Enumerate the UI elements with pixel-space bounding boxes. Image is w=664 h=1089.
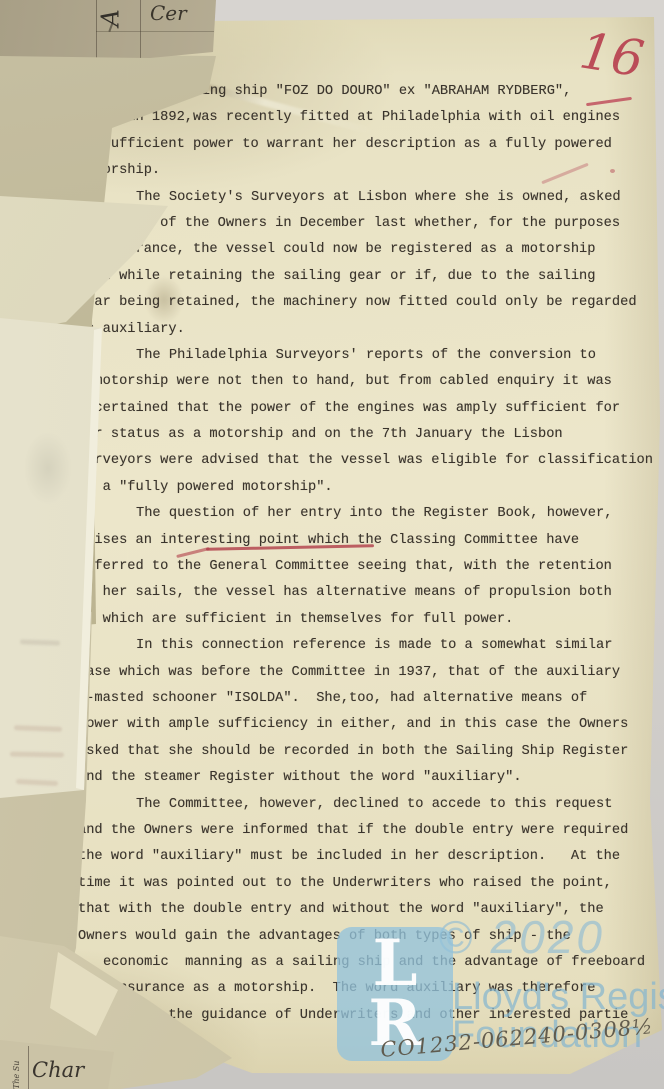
typed-line: of her sails, the vessel has alternative… (78, 580, 664, 606)
typed-line: and the Owners were informed that if the… (78, 818, 664, 844)
typed-line: and insurance as a motorship. The word a… (78, 976, 664, 1002)
printed-heading-fragment: Cer (150, 1, 187, 25)
typed-line: economic manning as a sailing ship and t… (78, 950, 664, 976)
typed-line: a motorship were not then to hand, but f… (78, 369, 664, 395)
form-rule-line (96, 31, 214, 32)
typed-text: The sailing ship "FOZ DO DOURO" ex "ABRA… (78, 79, 664, 1029)
typed-line: raises an interesting point which the Cl… (78, 528, 664, 554)
typed-line: In this connection reference is made to … (78, 633, 664, 659)
typed-line: Surveyors were advised that the vessel w… (78, 448, 664, 474)
typed-line: case which was before the Committee in 1… (78, 660, 664, 686)
typed-line: Owners would gain the advantages of both… (78, 924, 664, 950)
typed-line: asked that she should be recorded in bot… (78, 739, 664, 765)
typed-line: The Philadelphia Surveyors' reports of t… (78, 343, 664, 369)
typed-line: on behalf of the Owners in December last… (78, 211, 664, 237)
typed-line: as auxiliary. (78, 317, 664, 343)
typed-line: even while retaining the sailing gear or… (78, 264, 664, 290)
typed-line: 3-masted schooner "ISOLDA". She,too, had… (78, 686, 664, 712)
ink-transfer-smudge (10, 752, 64, 758)
typed-line: The Committee, however, declined to acce… (78, 792, 664, 818)
typed-line: as a "fully powered motorship". (78, 475, 664, 501)
typed-line: time it was pointed out to the Underwrit… (78, 871, 664, 897)
typed-line: built in 1892,was recently fitted at Phi… (78, 105, 664, 131)
typed-line: of sufficient power to warrant her descr… (78, 132, 664, 158)
photographed-archive-document: A Cer The sailing ship "FOZ DO DOURO" ex… (0, 0, 664, 1089)
typed-line: The question of her entry into the Regis… (78, 501, 664, 527)
page-number-annotation: 16 (576, 21, 648, 88)
form-rule-line (28, 1046, 29, 1089)
typed-line: and the steamer Register without the wor… (78, 765, 664, 791)
typed-line: power with ample sufficiency in either, … (78, 712, 664, 738)
printed-heading-char: Char (32, 1058, 84, 1082)
typed-line: of insurance, the vessel could now be re… (78, 237, 664, 263)
typed-line: that with the double entry and without t… (78, 897, 664, 923)
typed-line: her status as a motorship and on the 7th… (78, 422, 664, 448)
form-rule-line (140, 0, 141, 58)
typed-line: gear being retained, the machinery now f… (78, 290, 664, 316)
typed-line: motorship. (78, 158, 664, 184)
printed-side-text: The Su (12, 1046, 21, 1089)
typed-line: of which are sufficient in themselves fo… (78, 607, 664, 633)
typed-line: referred to the General Committee seeing… (78, 554, 664, 580)
typed-line: ascertained that the power of the engine… (78, 396, 664, 422)
ghost-stamp-impression (16, 420, 80, 516)
typed-line: the word "auxiliary" must be included in… (78, 844, 664, 870)
red-pencil-dot (610, 169, 615, 173)
